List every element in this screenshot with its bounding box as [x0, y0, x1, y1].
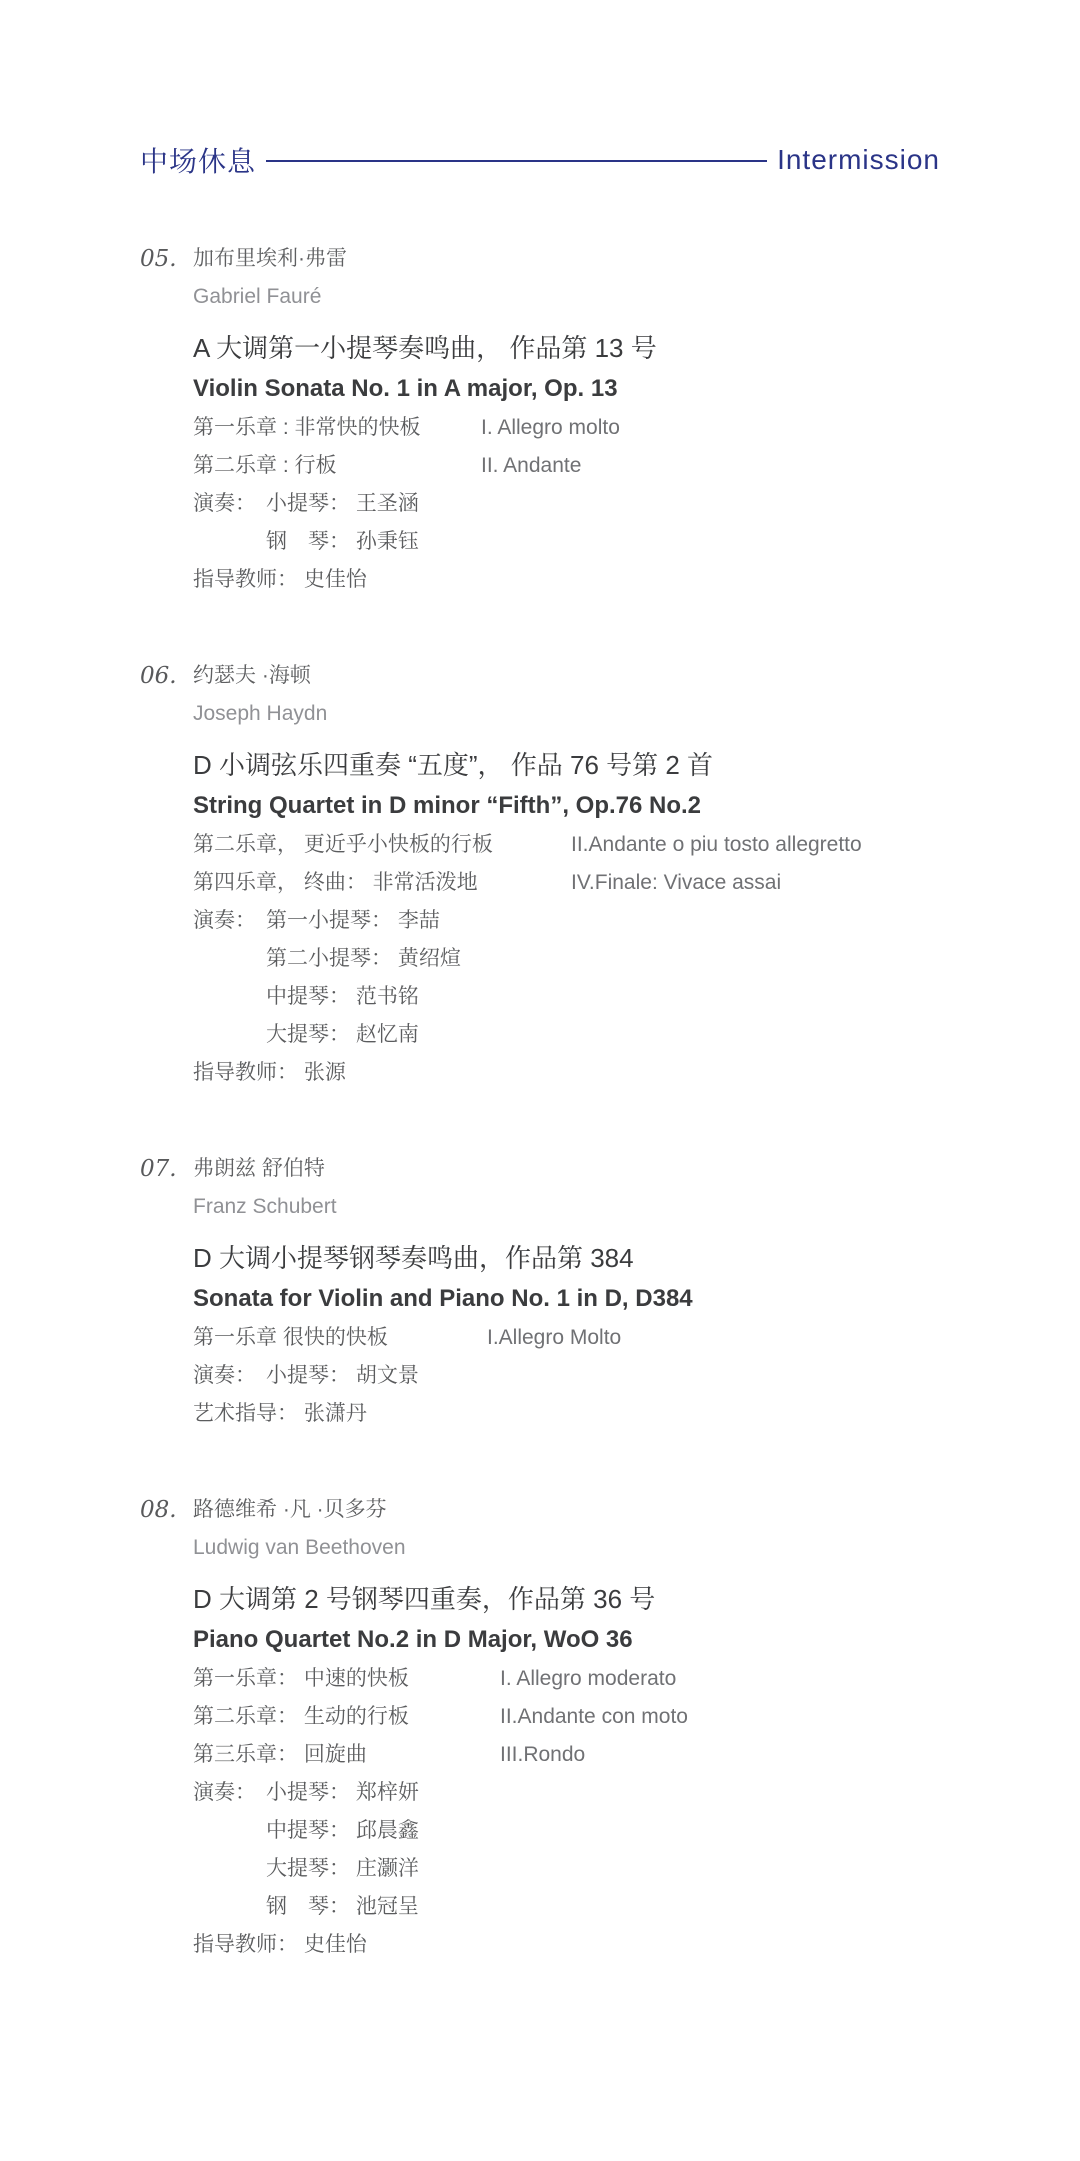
piece-title-en: String Quartet in D minor “Fifth”, Op.76… [193, 786, 940, 826]
performer-prefix [193, 1888, 266, 1926]
performer-prefix: 演奏： [193, 1774, 266, 1812]
movement-zh: 第一乐章 : 非常快的快板 [193, 409, 481, 447]
piece-title-en: Piano Quartet No.2 in D Major, WoO 36 [193, 1620, 940, 1660]
movement-row: 第一乐章： 中速的快板 I. Allegro moderato [193, 1660, 940, 1698]
item-content: 弗朗兹 舒伯特 Franz Schubert D 大调小提琴钢琴奏鸣曲，作品第 … [193, 1150, 940, 1433]
piece-title-zh: D 大调第 2 号钢琴四重奏，作品第 36 号 [193, 1579, 940, 1620]
performer-prefix: 演奏： [193, 1357, 266, 1395]
composer-name-en: Joseph Haydn [193, 695, 940, 733]
movement-zh: 第一乐章： 中速的快板 [193, 1660, 500, 1698]
performer-prefix [193, 1016, 266, 1054]
intermission-title-en: Intermission [777, 144, 940, 176]
performer-prefix [193, 1850, 266, 1888]
performer-row: 中提琴： 范书铭 [193, 978, 940, 1016]
item-content: 约瑟夫 ·海顿 Joseph Haydn D 小调弦乐四重奏 “五度”， 作品 … [193, 657, 940, 1092]
performer-row: 大提琴： 赵忆南 [193, 1016, 940, 1054]
movement-row: 第二乐章： 生动的行板 II.Andante con moto [193, 1698, 940, 1736]
movement-row: 第四乐章， 终曲： 非常活泼地 IV.Finale: Vivace assai [193, 864, 940, 902]
piece-title-zh: A 大调第一小提琴奏鸣曲， 作品第 13 号 [193, 328, 940, 369]
performer-text: 小提琴： 胡文景 [266, 1357, 419, 1395]
performer-text: 大提琴： 庄灏洋 [266, 1850, 419, 1888]
performer-row: 大提琴： 庄灏洋 [193, 1850, 940, 1888]
movement-zh: 第四乐章， 终曲： 非常活泼地 [193, 864, 571, 902]
movement-en: II. Andante [481, 447, 581, 485]
piece-title-zh: D 小调弦乐四重奏 “五度”， 作品 76 号第 2 首 [193, 745, 940, 786]
performer-text: 小提琴： 王圣涵 [266, 485, 419, 523]
composer-name-en: Ludwig van Beethoven [193, 1529, 940, 1567]
program-item-06: 06. 约瑟夫 ·海顿 Joseph Haydn D 小调弦乐四重奏 “五度”，… [140, 657, 940, 1092]
performer-prefix: 演奏： [193, 485, 266, 523]
program-item-07: 07. 弗朗兹 舒伯特 Franz Schubert D 大调小提琴钢琴奏鸣曲，… [140, 1150, 940, 1433]
composer-name-zh: 弗朗兹 舒伯特 [193, 1150, 940, 1188]
teacher-row: 艺术指导： 张潇丹 [193, 1395, 940, 1433]
item-content: 路德维希 ·凡 ·贝多芬 Ludwig van Beethoven D 大调第 … [193, 1491, 940, 1964]
performer-text: 大提琴： 赵忆南 [266, 1016, 419, 1054]
performer-row: 钢 琴： 池冠呈 [193, 1888, 940, 1926]
movement-en: III.Rondo [500, 1736, 585, 1774]
program-item-05: 05. 加布里埃利·弗雷 Gabriel Fauré A 大调第一小提琴奏鸣曲，… [140, 240, 940, 599]
composer-name-en: Gabriel Fauré [193, 278, 940, 316]
performer-text: 钢 琴： 孙秉钰 [266, 523, 419, 561]
performer-prefix [193, 940, 266, 978]
performer-row: 演奏： 第一小提琴： 李喆 [193, 902, 940, 940]
performer-row: 演奏： 小提琴： 郑梓妍 [193, 1774, 940, 1812]
item-number: 08. [140, 1491, 193, 1964]
movement-zh: 第二乐章： 生动的行板 [193, 1698, 500, 1736]
movement-row: 第一乐章 : 非常快的快板 I. Allegro molto [193, 409, 940, 447]
movement-zh: 第二乐章 : 行板 [193, 447, 481, 485]
movement-en: II.Andante o piu tosto allegretto [571, 826, 862, 864]
item-number: 05. [140, 240, 193, 599]
teacher-row: 指导教师： 史佳怡 [193, 1926, 940, 1964]
performer-row: 演奏： 小提琴： 王圣涵 [193, 485, 940, 523]
header-divider-line [266, 160, 767, 162]
performer-text: 小提琴： 郑梓妍 [266, 1774, 419, 1812]
performer-row: 演奏： 小提琴： 胡文景 [193, 1357, 940, 1395]
movement-en: I. Allegro moderato [500, 1660, 676, 1698]
teacher-row: 指导教师： 史佳怡 [193, 561, 940, 599]
piece-title-zh: D 大调小提琴钢琴奏鸣曲，作品第 384 [193, 1238, 940, 1279]
movement-en: I.Allegro Molto [487, 1319, 621, 1357]
performer-prefix [193, 1812, 266, 1850]
piece-title-en: Violin Sonata No. 1 in A major, Op. 13 [193, 369, 940, 409]
performer-row: 第二小提琴： 黄绍煊 [193, 940, 940, 978]
performer-text: 钢 琴： 池冠呈 [266, 1888, 419, 1926]
program-page: 中场休息 Intermission 05. 加布里埃利·弗雷 Gabriel F… [0, 0, 1080, 2161]
performer-text: 中提琴： 范书铭 [266, 978, 419, 1016]
performer-prefix [193, 978, 266, 1016]
performer-text: 第一小提琴： 李喆 [266, 902, 440, 940]
teacher-row: 指导教师： 张源 [193, 1054, 940, 1092]
composer-name-zh: 路德维希 ·凡 ·贝多芬 [193, 1491, 940, 1529]
performer-row: 中提琴： 邱晨鑫 [193, 1812, 940, 1850]
performer-row: 钢 琴： 孙秉钰 [193, 523, 940, 561]
performer-prefix [193, 523, 266, 561]
performer-prefix: 演奏： [193, 902, 266, 940]
piece-title-en: Sonata for Violin and Piano No. 1 in D, … [193, 1279, 940, 1319]
movement-row: 第二乐章 : 行板 II. Andante [193, 447, 940, 485]
movement-en: I. Allegro molto [481, 409, 620, 447]
performer-text: 中提琴： 邱晨鑫 [266, 1812, 419, 1850]
movement-zh: 第二乐章， 更近乎小快板的行板 [193, 826, 571, 864]
movement-row: 第二乐章， 更近乎小快板的行板 II.Andante o piu tosto a… [193, 826, 940, 864]
movement-row: 第一乐章 很快的快板 I.Allegro Molto [193, 1319, 940, 1357]
program-item-08: 08. 路德维希 ·凡 ·贝多芬 Ludwig van Beethoven D … [140, 1491, 940, 1964]
item-number: 06. [140, 657, 193, 1092]
composer-name-zh: 加布里埃利·弗雷 [193, 240, 940, 278]
movement-zh: 第三乐章： 回旋曲 [193, 1736, 500, 1774]
movement-en: II.Andante con moto [500, 1698, 688, 1736]
movement-row: 第三乐章： 回旋曲 III.Rondo [193, 1736, 940, 1774]
composer-name-zh: 约瑟夫 ·海顿 [193, 657, 940, 695]
intermission-title-zh: 中场休息 [140, 140, 256, 180]
performer-text: 第二小提琴： 黄绍煊 [266, 940, 461, 978]
item-content: 加布里埃利·弗雷 Gabriel Fauré A 大调第一小提琴奏鸣曲， 作品第… [193, 240, 940, 599]
intermission-header: 中场休息 Intermission [140, 140, 940, 180]
movement-en: IV.Finale: Vivace assai [571, 864, 781, 902]
item-number: 07. [140, 1150, 193, 1433]
composer-name-en: Franz Schubert [193, 1188, 940, 1226]
movement-zh: 第一乐章 很快的快板 [193, 1319, 487, 1357]
